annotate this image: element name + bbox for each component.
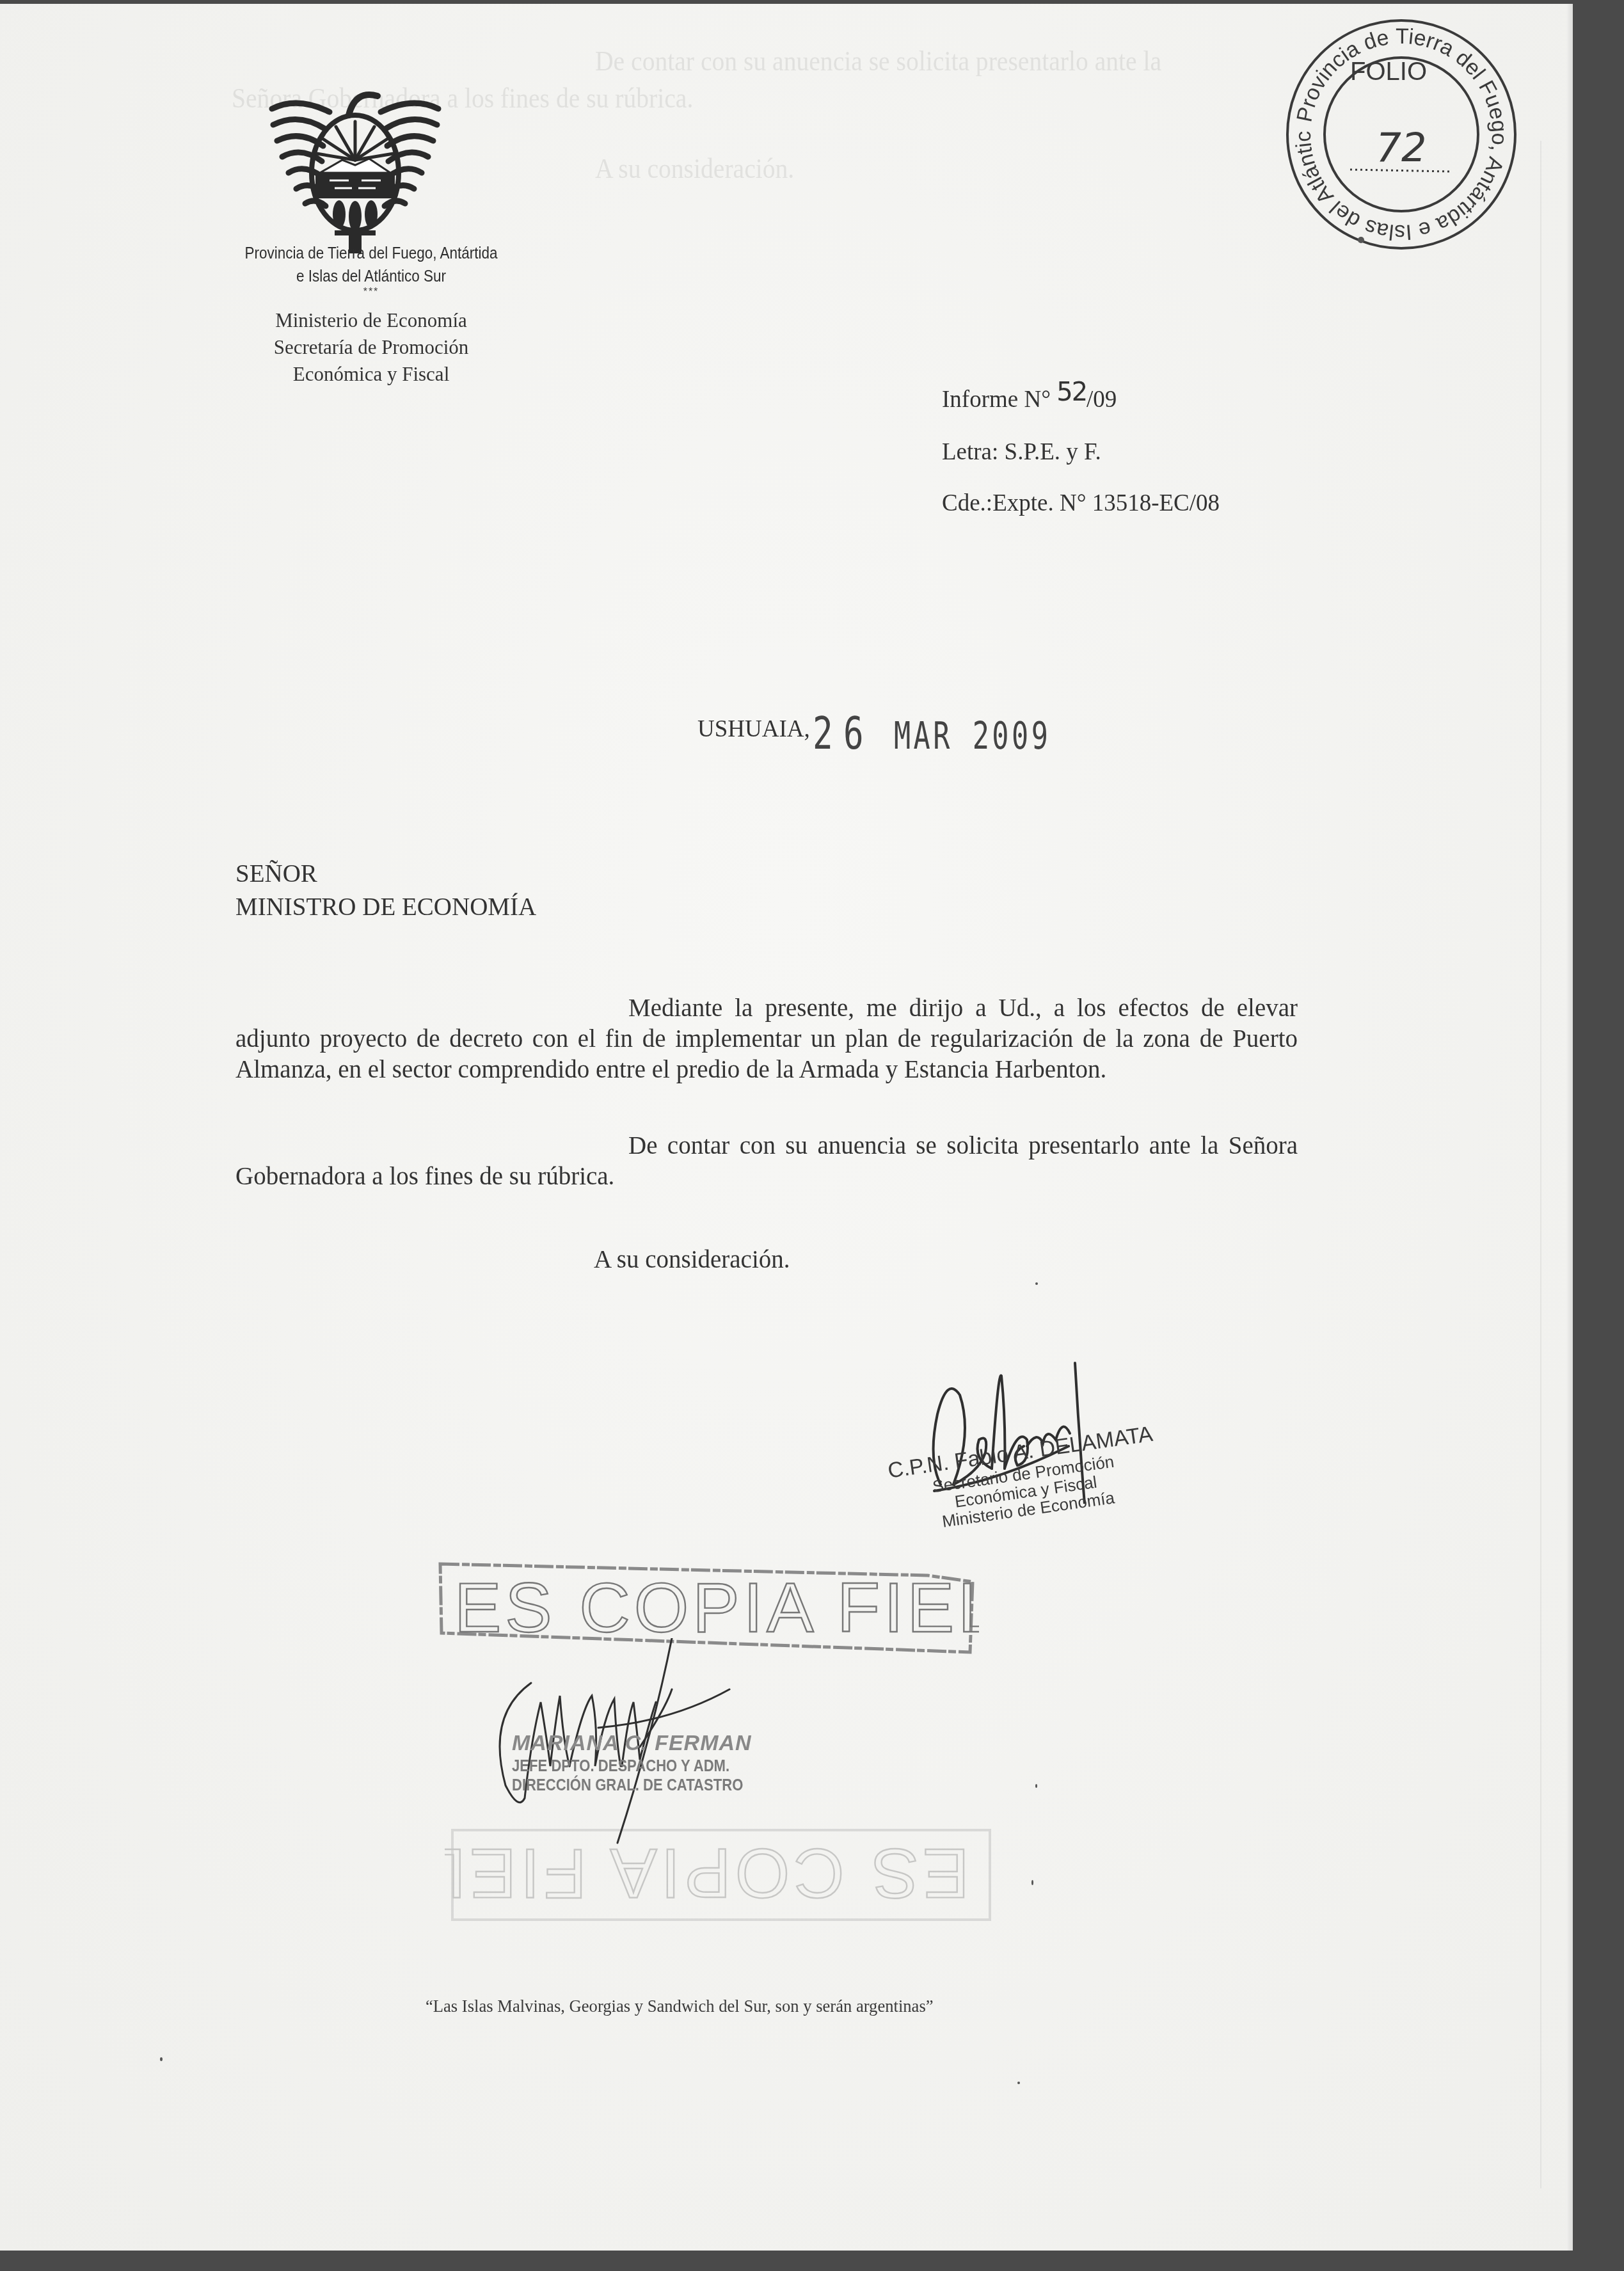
header-separator: *** [205, 287, 537, 298]
scan-speck [1358, 237, 1364, 243]
date-month-year: MAR 2009 [894, 714, 1051, 758]
signatory-2-office: DIRECCIÓN GRAL. DE CATASTRO [512, 1775, 743, 1794]
date-day: 26 [813, 707, 874, 760]
informe-year: /09 [1087, 386, 1117, 413]
closing-line: A su consideración. [594, 1245, 1624, 1275]
footer-motto: “Las Islas Malvinas, Georgias y Sandwich… [426, 1996, 934, 2017]
secretariat-line-2: Económica y Fiscal [192, 361, 550, 388]
body-paragraph-1: Mediante la presente, me dirijo a Ud., a… [235, 993, 1298, 1085]
province-name: Provincia de Tierra del Fuego, Antártida… [221, 242, 521, 288]
paragraph-1-text: Mediante la presente, me dirijo a Ud., a… [235, 994, 1298, 1083]
addressee-salutation: SEÑOR [235, 857, 536, 891]
date-stamp: 26 MAR 2009 [813, 707, 1051, 760]
folio-label: FOLIO [1350, 58, 1427, 86]
bleed-through-text: A su consideración. [595, 152, 794, 185]
signatory-2-name: MARIANA C. FERMAN [512, 1731, 784, 1756]
body-paragraph-2: De contar con su anuencia se solicita pr… [235, 1131, 1298, 1192]
scan-speck [1035, 1784, 1037, 1788]
folio-number: 72 [1376, 124, 1427, 171]
secretariat-line-1: Secretaría de Promoción [192, 334, 550, 361]
page-fold-line [1540, 141, 1541, 2188]
informe-label: Informe N° [942, 386, 1051, 413]
scan-speck [1017, 2082, 1020, 2084]
informe-number: Informe N° 52/09 [942, 384, 1117, 413]
certified-copy-text: ES COPIA FIEL [454, 1568, 979, 1647]
coat-of-arms-icon [259, 77, 451, 256]
scan-speck [1035, 1282, 1038, 1285]
informe-handwritten-number: 52 [1056, 378, 1087, 407]
ministry-block: Ministerio de Economía Secretaría de Pro… [192, 307, 550, 388]
scan-speck [160, 2057, 163, 2061]
scan-speck [1031, 1880, 1033, 1885]
letra-reference: Letra: S.P.E. y F. [942, 438, 1101, 466]
paragraph-2-text: De contar con su anuencia se solicita pr… [235, 1132, 1298, 1190]
province-line-1: Provincia de Tierra del Fuego, Antártida [221, 242, 521, 265]
expediente-reference: Cde.:Expte. N° 13518-EC/08 [942, 490, 1220, 517]
addressee-title: MINISTRO DE ECONOMÍA [235, 891, 536, 924]
date-place: USHUAIA, [697, 715, 810, 743]
folio-stamp: Provincia de Tierra del Fuego, Antártida… [1280, 13, 1523, 256]
page-edge [1566, 4, 1573, 2251]
signatory-2-title: JEFE DPTO. DESPACHO Y ADM. [512, 1756, 743, 1775]
ministry-name: Ministerio de Economía [192, 307, 550, 334]
addressee: SEÑOR MINISTRO DE ECONOMÍA [235, 857, 536, 924]
bleed-through-text: De contar con su anuencia se solicita pr… [595, 45, 1161, 77]
province-line-2: e Islas del Atlántico Sur [221, 265, 521, 288]
signatory-2-stamp: MARIANA C. FERMAN JEFE DPTO. DESPACHO Y … [512, 1731, 784, 1794]
